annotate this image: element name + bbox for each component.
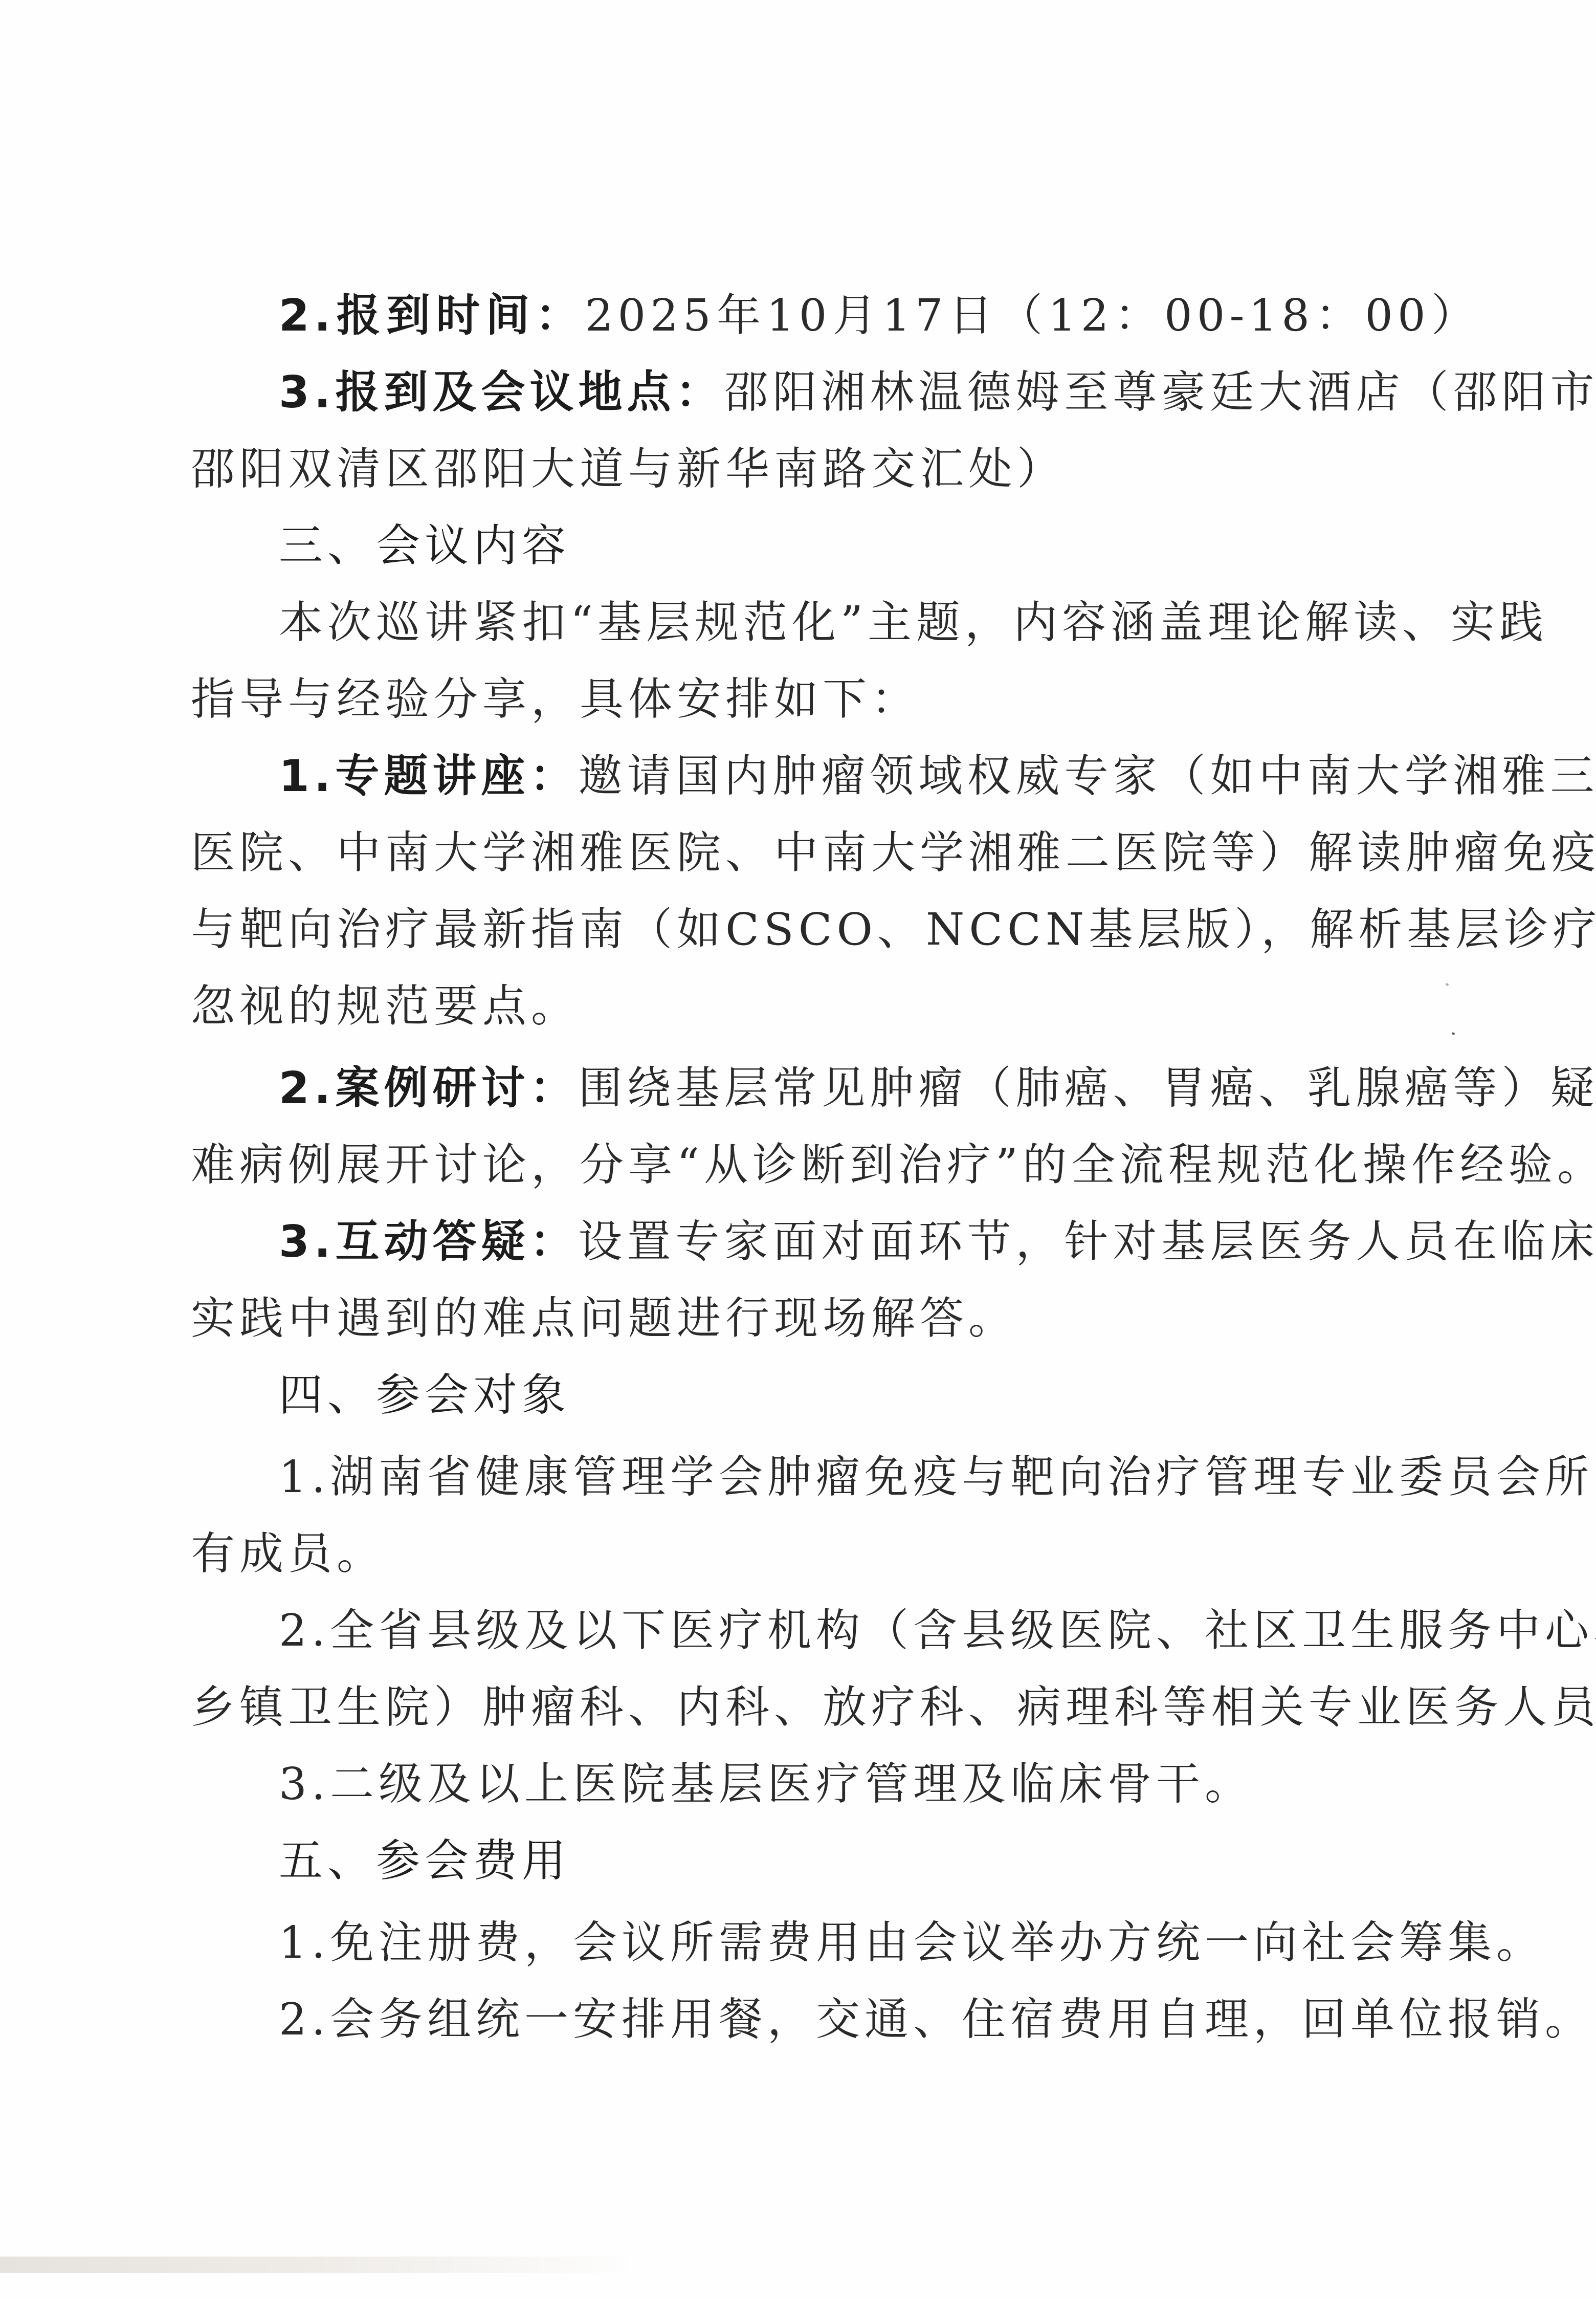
section-heading-fees-text: 五、参会费用: [279, 1835, 570, 1887]
fee-item-2: 2.会务组统一安排用餐，交通、住宿费用自理，回单位报销。: [279, 1994, 1480, 2045]
qa-text-2: 实践中遇到的难点问题进行现场解答。: [191, 1293, 1017, 1344]
lecture-text-2: 医院、中南大学湘雅医院、中南大学湘雅二医院等）解读肿瘤免疫: [191, 827, 1596, 879]
content-intro-line-1: 本次巡讲紧扣“基层规范化”主题，内容涵盖理论解读、实践: [279, 597, 1480, 648]
lecture-text-4: 忽视的规范要点。: [191, 981, 580, 1032]
venue-value-part2: 邵阳双清区邵阳大道与新华南路交汇处）: [191, 444, 1066, 495]
registration-time-label: 2.报到时间：: [279, 290, 585, 341]
case-study-label: 2.案例研讨：: [279, 1063, 579, 1114]
fee-item-1: 1.免注册费，会议所需费用由会议举办方统一向社会筹集。: [279, 1917, 1480, 1968]
attendee-item-1-line-1: 1.湖南省健康管理学会肿瘤免疫与靶向治疗管理专业委员会所: [279, 1452, 1480, 1503]
content-intro-text-1: 本次巡讲紧扣“基层规范化”主题，内容涵盖理论解读、实践: [279, 597, 1548, 648]
attendee-item-2-text-2: 乡镇卫生院）肿瘤科、内科、放疗科、病理科等相关专业医务人员。: [191, 1682, 1596, 1733]
attendee-item-1-text-2: 有成员。: [191, 1528, 385, 1580]
scan-speck: [1451, 1032, 1455, 1035]
attendee-item-2-line-1: 2.全省县级及以下医疗机构（含县级医院、社区卫生服务中心、: [279, 1605, 1480, 1656]
attendee-item-1-text-1: 1.湖南省健康管理学会肿瘤免疫与靶向治疗管理专业委员会所: [279, 1452, 1593, 1503]
venue-line-1: 3.报到及会议地点：邵阳湘林温德姆至尊豪廷大酒店（邵阳市: [279, 367, 1480, 418]
fee-item-2-text: 2.会务组统一安排用餐，交通、住宿费用自理，回单位报销。: [279, 1994, 1593, 2045]
qa-text-1: 设置专家面对面环节，针对基层医务人员在临床: [579, 1216, 1596, 1267]
attendee-item-1-line-2: 有成员。: [191, 1528, 1480, 1580]
section-heading-fees: 五、参会费用: [279, 1835, 1480, 1887]
lecture-line-4: 忽视的规范要点。: [191, 981, 1480, 1032]
registration-time-line: 2.报到时间：2025年10月17日（12：00-18：00）: [279, 290, 1480, 341]
lecture-line-1: 1.专题讲座：邀请国内肿瘤领域权威专家（如中南大学湘雅三: [279, 751, 1480, 802]
venue-line-2: 邵阳双清区邵阳大道与新华南路交汇处）: [191, 444, 1480, 495]
section-heading-attendees-text: 四、参会对象: [279, 1370, 570, 1421]
lecture-label: 1.专题讲座：: [279, 751, 579, 802]
section-heading-content-text: 三、会议内容: [279, 520, 570, 572]
venue-value-part1: 邵阳湘林温德姆至尊豪廷大酒店（邵阳市: [724, 367, 1596, 418]
section-heading-content: 三、会议内容: [279, 520, 1480, 572]
qa-line-1: 3.互动答疑：设置专家面对面环节，针对基层医务人员在临床: [279, 1216, 1480, 1267]
case-study-line-2: 难病例展开讨论，分享“从诊断到治疗”的全流程规范化操作经验。: [191, 1140, 1480, 1191]
content-intro-line-2: 指导与经验分享，具体安排如下：: [191, 674, 1480, 725]
case-study-text-2: 难病例展开讨论，分享“从诊断到治疗”的全流程规范化操作经验。: [191, 1140, 1596, 1191]
scanner-edge-strip: [0, 2257, 639, 2273]
case-study-line-1: 2.案例研讨：围绕基层常见肿瘤（肺癌、胃癌、乳腺癌等）疑: [279, 1063, 1480, 1114]
scanned-document-page: 2.报到时间：2025年10月17日（12：00-18：00） 3.报到及会议地…: [0, 0, 1596, 2298]
lecture-text-3: 与靶向治疗最新指南（如CSCO、NCCN基层版），解析基层诊疗中易: [191, 904, 1596, 955]
attendee-item-3-text: 3.二级及以上医院基层医疗管理及临床骨干。: [279, 1759, 1253, 1810]
fee-item-1-text: 1.免注册费，会议所需费用由会议举办方统一向社会筹集。: [279, 1917, 1545, 1968]
content-intro-text-2: 指导与经验分享，具体安排如下：: [191, 674, 920, 725]
registration-time-value: 2025年10月17日（12：00-18：00）: [585, 290, 1480, 341]
qa-line-2: 实践中遇到的难点问题进行现场解答。: [191, 1293, 1480, 1344]
lecture-line-3: 与靶向治疗最新指南（如CSCO、NCCN基层版），解析基层诊疗中易: [191, 904, 1480, 955]
attendee-item-3: 3.二级及以上医院基层医疗管理及临床骨干。: [279, 1759, 1480, 1810]
lecture-text-1: 邀请国内肿瘤领域权威专家（如中南大学湘雅三: [579, 751, 1596, 802]
section-heading-attendees: 四、参会对象: [279, 1370, 1480, 1421]
lecture-line-2: 医院、中南大学湘雅医院、中南大学湘雅二医院等）解读肿瘤免疫: [191, 827, 1480, 879]
attendee-item-2-text-1: 2.全省县级及以下医疗机构（含县级医院、社区卫生服务中心、: [279, 1605, 1596, 1656]
attendee-item-2-line-2: 乡镇卫生院）肿瘤科、内科、放疗科、病理科等相关专业医务人员。: [191, 1682, 1480, 1733]
qa-label: 3.互动答疑：: [279, 1216, 579, 1267]
venue-label: 3.报到及会议地点：: [279, 367, 724, 418]
case-study-text-1: 围绕基层常见肿瘤（肺癌、胃癌、乳腺癌等）疑: [579, 1063, 1596, 1114]
